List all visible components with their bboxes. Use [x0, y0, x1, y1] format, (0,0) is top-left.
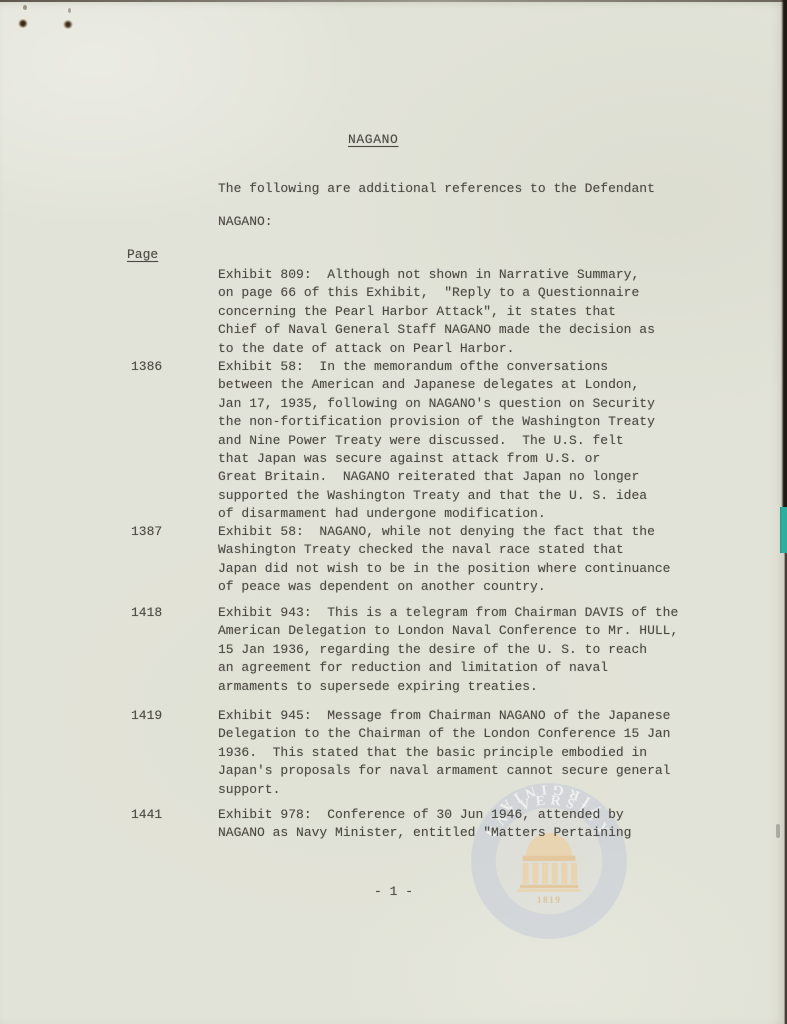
stain-dot: [18, 19, 28, 28]
intro-line-1: The following are additional references …: [218, 180, 655, 198]
entry-page-number: 1387: [131, 523, 162, 541]
scan-top-edge-shadow: [0, 0, 787, 2]
entry-page-number: 1441: [131, 806, 162, 824]
entry-text: Exhibit 58: In the memorandum ofthe conv…: [218, 358, 655, 524]
scan-right-edge-thin-strip: [784, 553, 787, 1024]
entry-page-number: 1419: [131, 707, 162, 725]
entry-text: Exhibit 809: Although not shown in Narra…: [218, 266, 655, 358]
university-of-virginia-seal-watermark: UNIVERSITY VIRGINIA 1819: [461, 773, 637, 949]
seal-year: 1819: [537, 895, 562, 906]
document-title: NAGANO: [348, 131, 398, 149]
entry-page-number: 1418: [131, 604, 162, 622]
entry-text: Exhibit 58: NAGANO, while not denying th…: [218, 523, 670, 597]
page-column-header: Page: [127, 246, 158, 264]
scan-right-edge-dark-strip: [781, 0, 787, 513]
entry-text: Exhibit 945: Message from Chairman NAGAN…: [218, 707, 670, 799]
edge-smudge: [776, 824, 780, 838]
stain-dot: [63, 20, 73, 29]
entry-text: Exhibit 978: Conference of 30 Jun 1946, …: [218, 806, 631, 843]
stain-speck: [23, 5, 27, 10]
stain-speck: [68, 8, 71, 13]
entry-text: Exhibit 943: This is a telegram from Cha…: [218, 604, 678, 696]
entry-page-number: 1386: [131, 358, 162, 376]
scanned-document-page: UNIVERSITY VIRGINIA 1819 NAGANO The foll…: [0, 0, 787, 1024]
teal-tape-fragment: [780, 507, 787, 553]
intro-line-2: NAGANO:: [218, 213, 273, 231]
footer-page-number: - 1 -: [374, 883, 413, 901]
